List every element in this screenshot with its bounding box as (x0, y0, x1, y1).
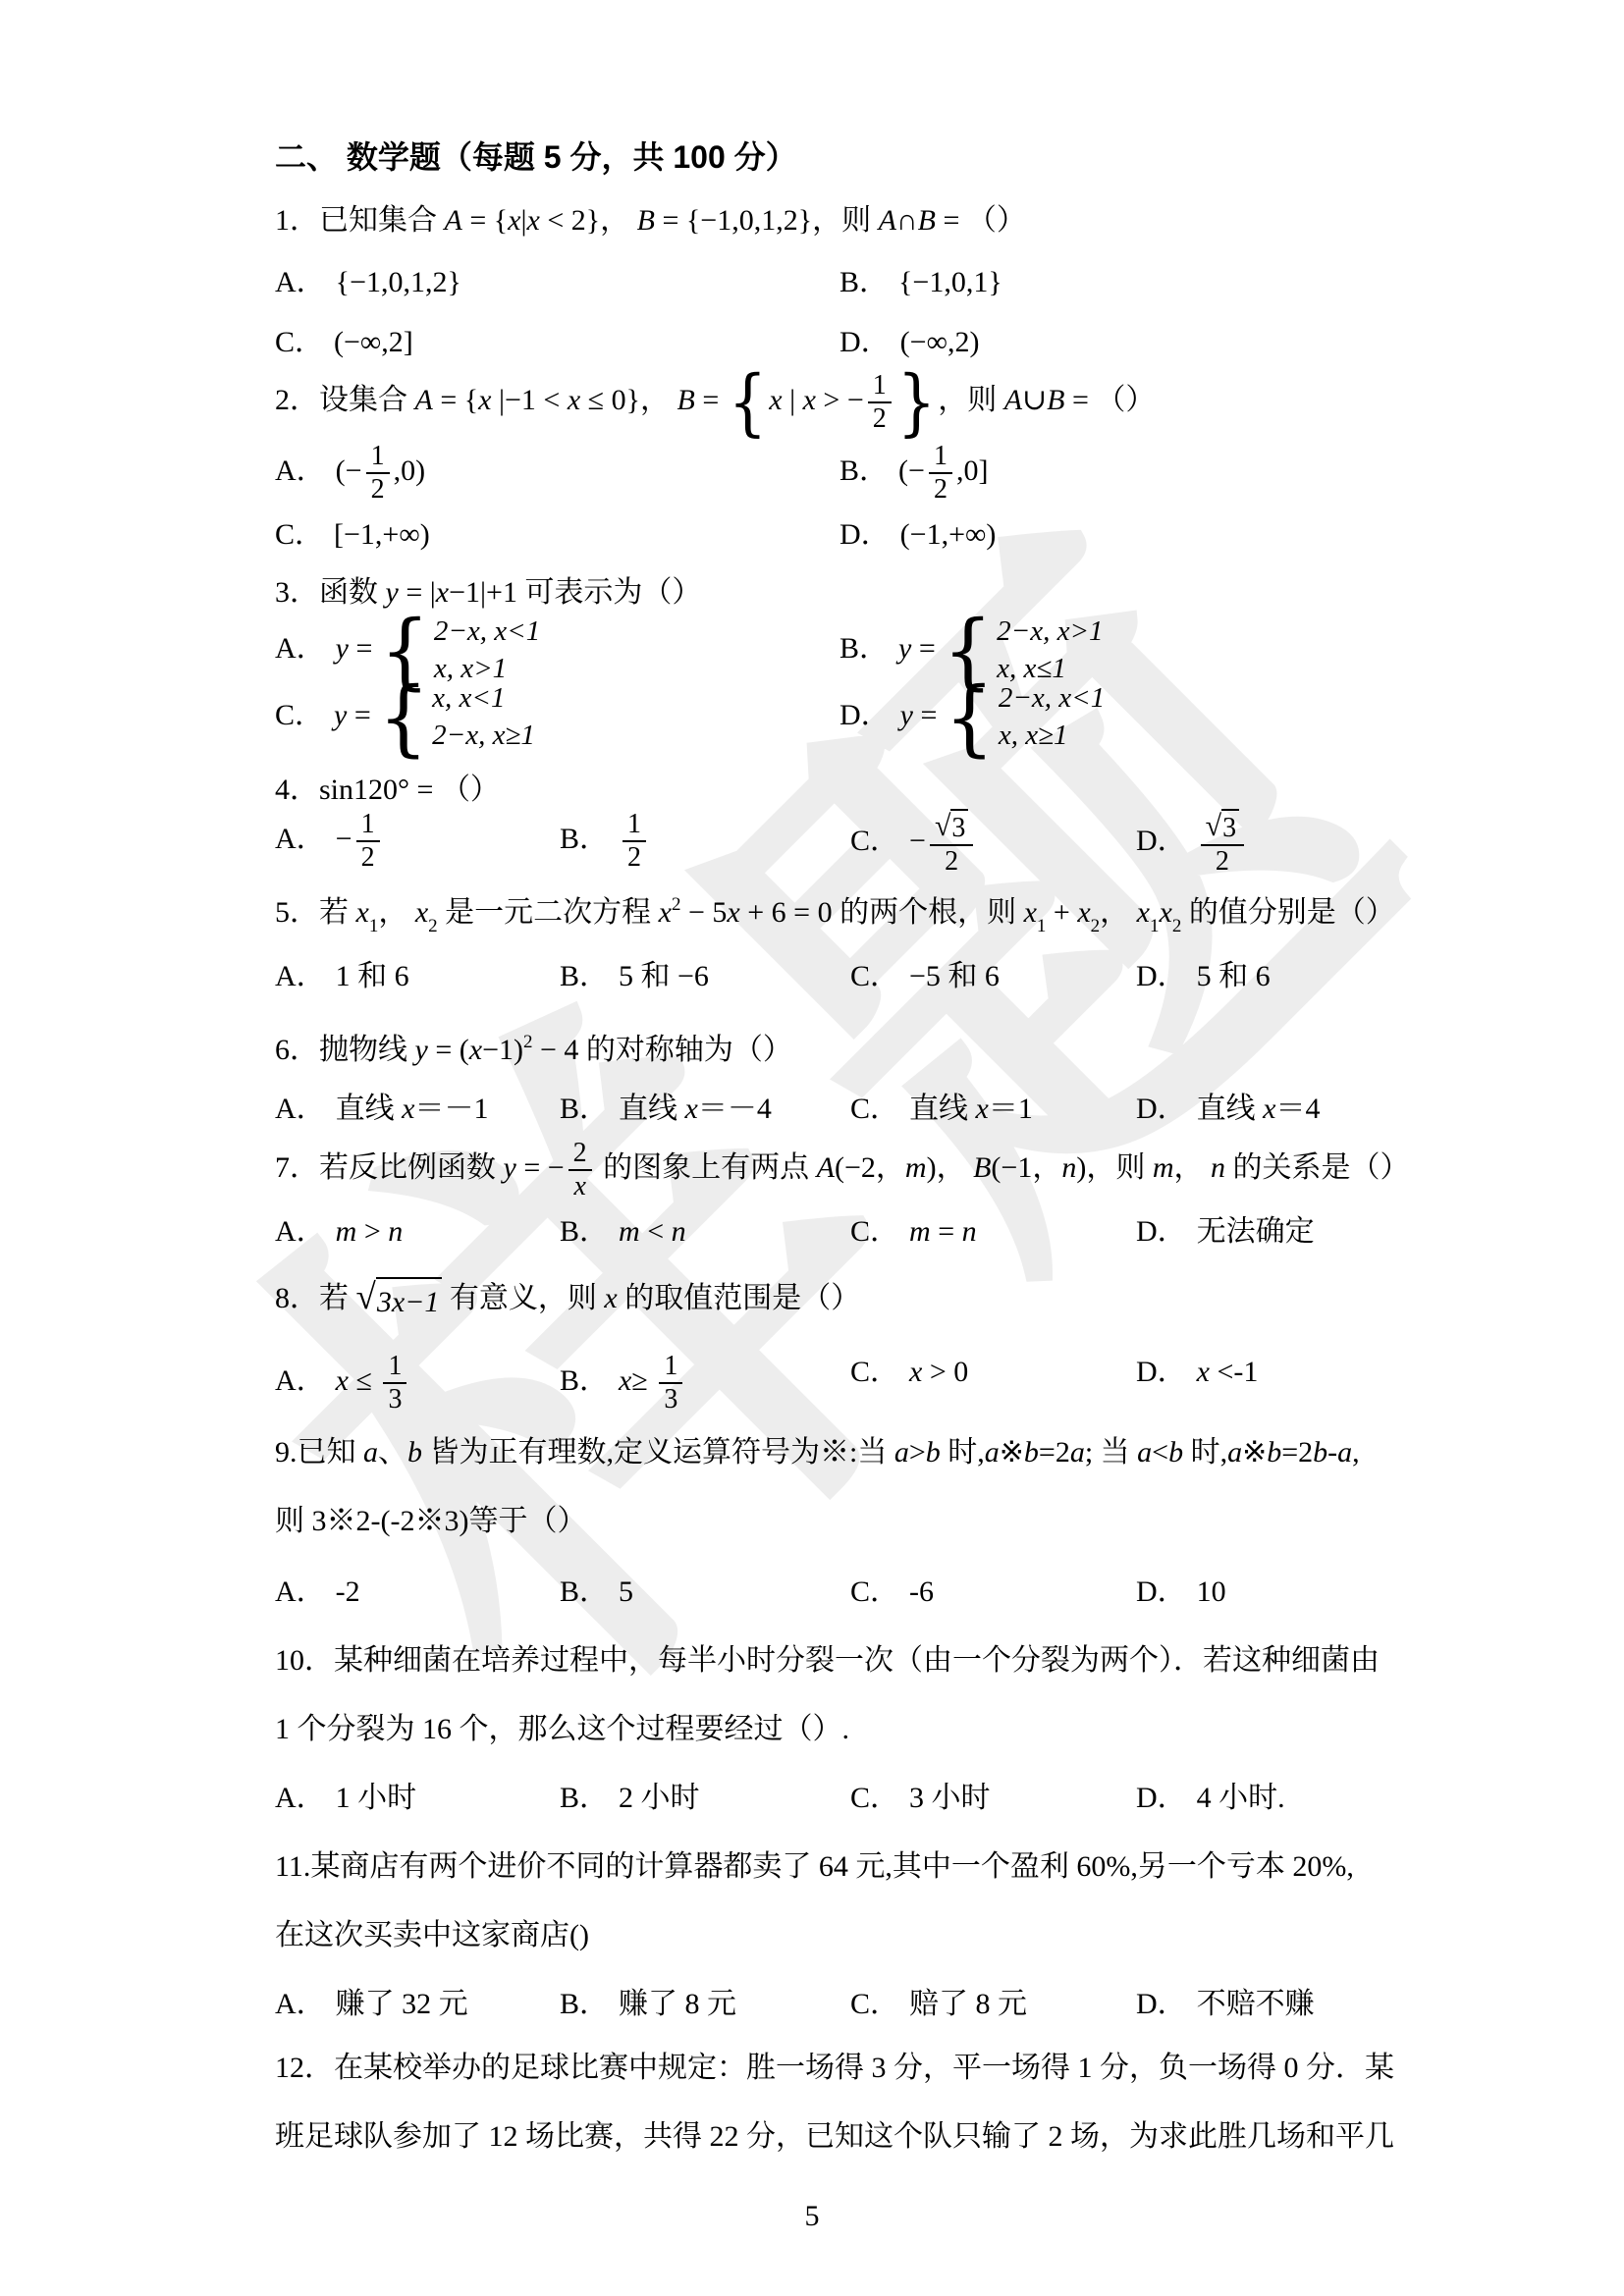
q9-option-a-label: A． (275, 1575, 326, 1608)
q7-option-c: C．m = n (850, 1210, 977, 1254)
q6-option-c-label: C． (850, 1093, 899, 1125)
q3-option-d-text: y = {2−x, x<1x, x≥1 (900, 699, 1106, 731)
q7-option-a-text: m > n (336, 1215, 404, 1248)
q10-option-c-label: C． (850, 1782, 899, 1814)
q1-option-c: C．(−∞,2] (275, 321, 413, 364)
q8-option-b-label: B． (560, 1364, 609, 1397)
q11-option-a-label: A． (275, 1988, 326, 2020)
q2-option-c: C．[−1,+∞) (275, 513, 430, 557)
q3-option-d: D．y = {2−x, x<1x, x≥1 (839, 680, 1105, 754)
q4-option-a-label: A． (275, 823, 326, 855)
q11-option-b-label: B． (560, 1988, 609, 2020)
q10-option-b-label: B． (560, 1782, 609, 1814)
q4-option-b: B．12 (560, 809, 650, 874)
q7-option-b-label: B． (560, 1215, 609, 1248)
q8-option-b-text: x≥ 13 (619, 1364, 686, 1397)
q10-statement-line2: 1 个分裂为 16 个，那么这个过程要经过（）. (275, 1708, 849, 1751)
q5-option-d-text: 5 和 6 (1197, 960, 1271, 992)
q11-option-d-text: 不赔不赚 (1197, 1988, 1315, 2020)
q11-option-a: A．赚了 32 元 (275, 1983, 468, 2026)
q8-statement: 8．若 √3x−1 有意义，则 x 的取值范围是（） (275, 1277, 860, 1324)
q10-option-d-text: 4 小时. (1197, 1782, 1285, 1814)
q4-option-c: C．−√32 (850, 809, 977, 878)
q11-option-d-label: D． (1136, 1988, 1187, 2020)
q4-statement: 4．sin120° = （） (275, 769, 500, 812)
q2-option-c-label: C． (275, 518, 324, 551)
q1-option-d-label: D． (839, 326, 891, 358)
q11-option-b: B．赚了 8 元 (560, 1983, 736, 2026)
q10-option-d: D．4 小时. (1136, 1777, 1285, 1820)
q8-option-c: C．x > 0 (850, 1351, 968, 1394)
q10-option-a-label: A． (275, 1782, 326, 1814)
q7-statement: 7．若反比例函数 y = −2x 的图象上有两点 A(−2，m)， B(−1，n… (275, 1138, 1410, 1202)
q4-option-d-label: D． (1136, 825, 1187, 857)
q3-option-c: C．y = {x, x<12−x, x≥1 (275, 680, 535, 754)
q9-option-b: B．5 (560, 1571, 633, 1614)
q9-option-c: C．-6 (850, 1571, 934, 1614)
q2-option-b-text: (−12,0] (898, 454, 988, 487)
q1-statement: 1．已知集合 A = {x|x < 2}， B = {−1,0,1,2}，则 A… (275, 199, 1026, 242)
q6-option-a: A．直线 x＝－1 (275, 1088, 489, 1131)
q2-statement: 2．设集合 A = {x |−1 < x ≤ 0}， B = {x | x > … (275, 370, 1155, 435)
q5-option-a: A．1 和 6 (275, 955, 409, 998)
q9-option-b-label: B． (560, 1575, 609, 1608)
q10-option-a: A．1 小时 (275, 1777, 416, 1820)
q12-statement-line1: 12．在某校举办的足球比赛中规定：胜一场得 3 分，平一场得 1 分，负一场得 … (275, 2047, 1394, 2090)
q6-option-d: D．直线 x＝4 (1136, 1088, 1321, 1131)
q8-option-d-label: D． (1136, 1356, 1187, 1388)
q5-option-a-text: 1 和 6 (336, 960, 409, 992)
q11-option-a-text: 赚了 32 元 (336, 1988, 468, 2020)
q1-option-c-label: C． (275, 326, 324, 358)
q1-option-d-text: (−∞,2) (900, 326, 980, 358)
q7-option-b-text: m < n (619, 1215, 686, 1248)
q2-option-c-text: [−1,+∞) (334, 518, 430, 551)
q8-option-c-text: x > 0 (909, 1356, 968, 1388)
q9-option-c-text: -6 (909, 1575, 934, 1608)
q3-option-a-text: y = {2−x, x<1x, x>1 (336, 632, 541, 665)
q6-option-a-text: 直线 x＝－1 (336, 1093, 489, 1125)
q7-option-c-text: m = n (909, 1215, 977, 1248)
q1-option-a: A．{−1,0,1,2} (275, 261, 461, 304)
q1-option-a-label: A． (275, 266, 326, 298)
q11-option-b-text: 赚了 8 元 (619, 1988, 736, 2020)
q9-option-d-label: D． (1136, 1575, 1187, 1608)
q5-option-c: C．−5 和 6 (850, 955, 1000, 998)
q8-option-a-text: x ≤ 13 (336, 1364, 411, 1397)
q10-option-b: B．2 小时 (560, 1777, 700, 1820)
q8-option-d-text: x <-1 (1197, 1356, 1259, 1388)
q11-statement-line2: 在这次买卖中这家商店() (275, 1914, 589, 1957)
q1-option-d: D．(−∞,2) (839, 321, 979, 364)
q2-option-d: D．(−1,+∞) (839, 513, 996, 557)
q4-option-a: A．−12 (275, 809, 384, 874)
q3-option-b-label: B． (839, 632, 889, 665)
q7-option-b: B．m < n (560, 1210, 686, 1254)
q4-option-a-text: −12 (336, 823, 384, 855)
q10-option-c-text: 3 小时 (909, 1782, 991, 1814)
q1-option-b-label: B． (839, 266, 889, 298)
q11-statement-line1: 11.某商店有两个进价不同的计算器都卖了 64 元,其中一个盈利 60%,另一个… (275, 1845, 1354, 1889)
q4-option-b-label: B． (560, 823, 609, 855)
q6-option-c: C．直线 x＝1 (850, 1088, 1033, 1131)
q10-option-c: C．3 小时 (850, 1777, 991, 1820)
exam-page: 样题 二、 数学题（每题 5 分，共 100 分） 1．已知集合 A = {x|… (0, 0, 1624, 2296)
q5-option-c-text: −5 和 6 (909, 960, 1000, 992)
q1-option-b: B．{−1,0,1} (839, 261, 1002, 304)
q3-option-c-label: C． (275, 699, 324, 731)
q5-statement: 5．若 x1， x2 是一元二次方程 x2 − 5x + 6 = 0 的两个根，… (275, 891, 1395, 938)
q9-statement-line1: 9.已知 a、b 皆为正有理数,定义运算符号为※:当 a>b 时,a※b=2a;… (275, 1431, 1360, 1474)
q6-option-d-text: 直线 x＝4 (1197, 1093, 1321, 1125)
q1-option-b-text: {−1,0,1} (898, 266, 1002, 298)
q9-option-d: D．10 (1136, 1571, 1226, 1614)
q5-option-b-label: B． (560, 960, 609, 992)
section-header: 二、 数学题（每题 5 分，共 100 分） (275, 135, 797, 179)
q3-option-b-text: y = {2−x, x>1x, x≤1 (898, 632, 1104, 665)
q4-option-c-label: C． (850, 825, 899, 857)
q1-option-a-text: {−1,0,1,2} (336, 266, 461, 298)
q8-option-a: A．x ≤ 13 (275, 1351, 410, 1415)
q11-option-c: C．赔了 8 元 (850, 1983, 1027, 2026)
q4-option-c-text: −√32 (909, 825, 977, 857)
q2-option-a-text: (−12,0) (336, 454, 425, 487)
q6-option-b-text: 直线 x＝－4 (619, 1093, 772, 1125)
q5-option-b-text: 5 和 −6 (619, 960, 709, 992)
q10-option-b-text: 2 小时 (619, 1782, 700, 1814)
q10-option-a-text: 1 小时 (336, 1782, 417, 1814)
q6-option-a-label: A． (275, 1093, 326, 1125)
q9-option-a-text: -2 (336, 1575, 360, 1608)
q5-option-b: B．5 和 −6 (560, 955, 709, 998)
q2-option-b: B．(−12,0] (839, 441, 988, 506)
q1-option-c-text: (−∞,2] (334, 326, 413, 358)
q5-option-c-label: C． (850, 960, 899, 992)
q9-option-d-text: 10 (1197, 1575, 1226, 1608)
q8-option-c-label: C． (850, 1356, 899, 1388)
q6-option-c-text: 直线 x＝1 (909, 1093, 1033, 1125)
q6-option-b-label: B． (560, 1093, 609, 1125)
q2-option-a-label: A． (275, 454, 326, 487)
q6-option-b: B．直线 x＝－4 (560, 1088, 772, 1131)
q2-option-d-text: (−1,+∞) (900, 518, 997, 551)
q7-option-c-label: C． (850, 1215, 899, 1248)
q5-option-a-label: A． (275, 960, 326, 992)
q8-option-b: B．x≥ 13 (560, 1351, 686, 1415)
q8-option-a-label: A． (275, 1364, 326, 1397)
q7-option-a-label: A． (275, 1215, 326, 1248)
q7-option-a: A．m > n (275, 1210, 403, 1254)
q7-option-d: D．无法确定 (1136, 1210, 1315, 1254)
q4-option-d-text: √32 (1197, 825, 1248, 857)
q10-statement-line1: 10．某种细菌在培养过程中，每半小时分裂一次（由一个分裂为两个）．若这种细菌由 (275, 1639, 1380, 1682)
q2-option-d-label: D． (839, 518, 891, 551)
q3-option-a-label: A． (275, 632, 326, 665)
q9-option-a: A．-2 (275, 1571, 360, 1614)
q8-option-d: D．x <-1 (1136, 1351, 1258, 1394)
q9-option-c-label: C． (850, 1575, 899, 1608)
q5-option-d-label: D． (1136, 960, 1187, 992)
q7-option-d-label: D． (1136, 1215, 1187, 1248)
q2-option-b-label: B． (839, 454, 889, 487)
q6-option-d-label: D． (1136, 1093, 1187, 1125)
q2-option-a: A．(−12,0) (275, 441, 425, 506)
q3-statement: 3．函数 y = |x−1|+1 可表示为（） (275, 571, 701, 614)
q3-option-c-text: y = {x, x<12−x, x≥1 (334, 699, 535, 731)
q3-option-d-label: D． (839, 699, 891, 731)
page-number: 5 (0, 2195, 1624, 2238)
q5-option-d: D．5 和 6 (1136, 955, 1271, 998)
q9-statement-line2: 则 3※2-(-2※3)等于（） (275, 1500, 586, 1543)
q9-option-b-text: 5 (619, 1575, 633, 1608)
q6-statement: 6．抛物线 y = (x−1)2 − 4 的对称轴为（） (275, 1029, 792, 1076)
q10-option-d-label: D． (1136, 1782, 1187, 1814)
q12-statement-line2: 班足球队参加了 12 场比赛，共得 22 分，已知这个队只输了 2 场，为求此胜… (275, 2115, 1394, 2159)
q4-option-b-text: 12 (619, 823, 650, 855)
q11-option-c-text: 赔了 8 元 (909, 1988, 1027, 2020)
q11-option-d: D．不赔不赚 (1136, 1983, 1315, 2026)
q7-option-d-text: 无法确定 (1197, 1215, 1315, 1248)
q4-option-d: D．√32 (1136, 809, 1248, 878)
q11-option-c-label: C． (850, 1988, 899, 2020)
